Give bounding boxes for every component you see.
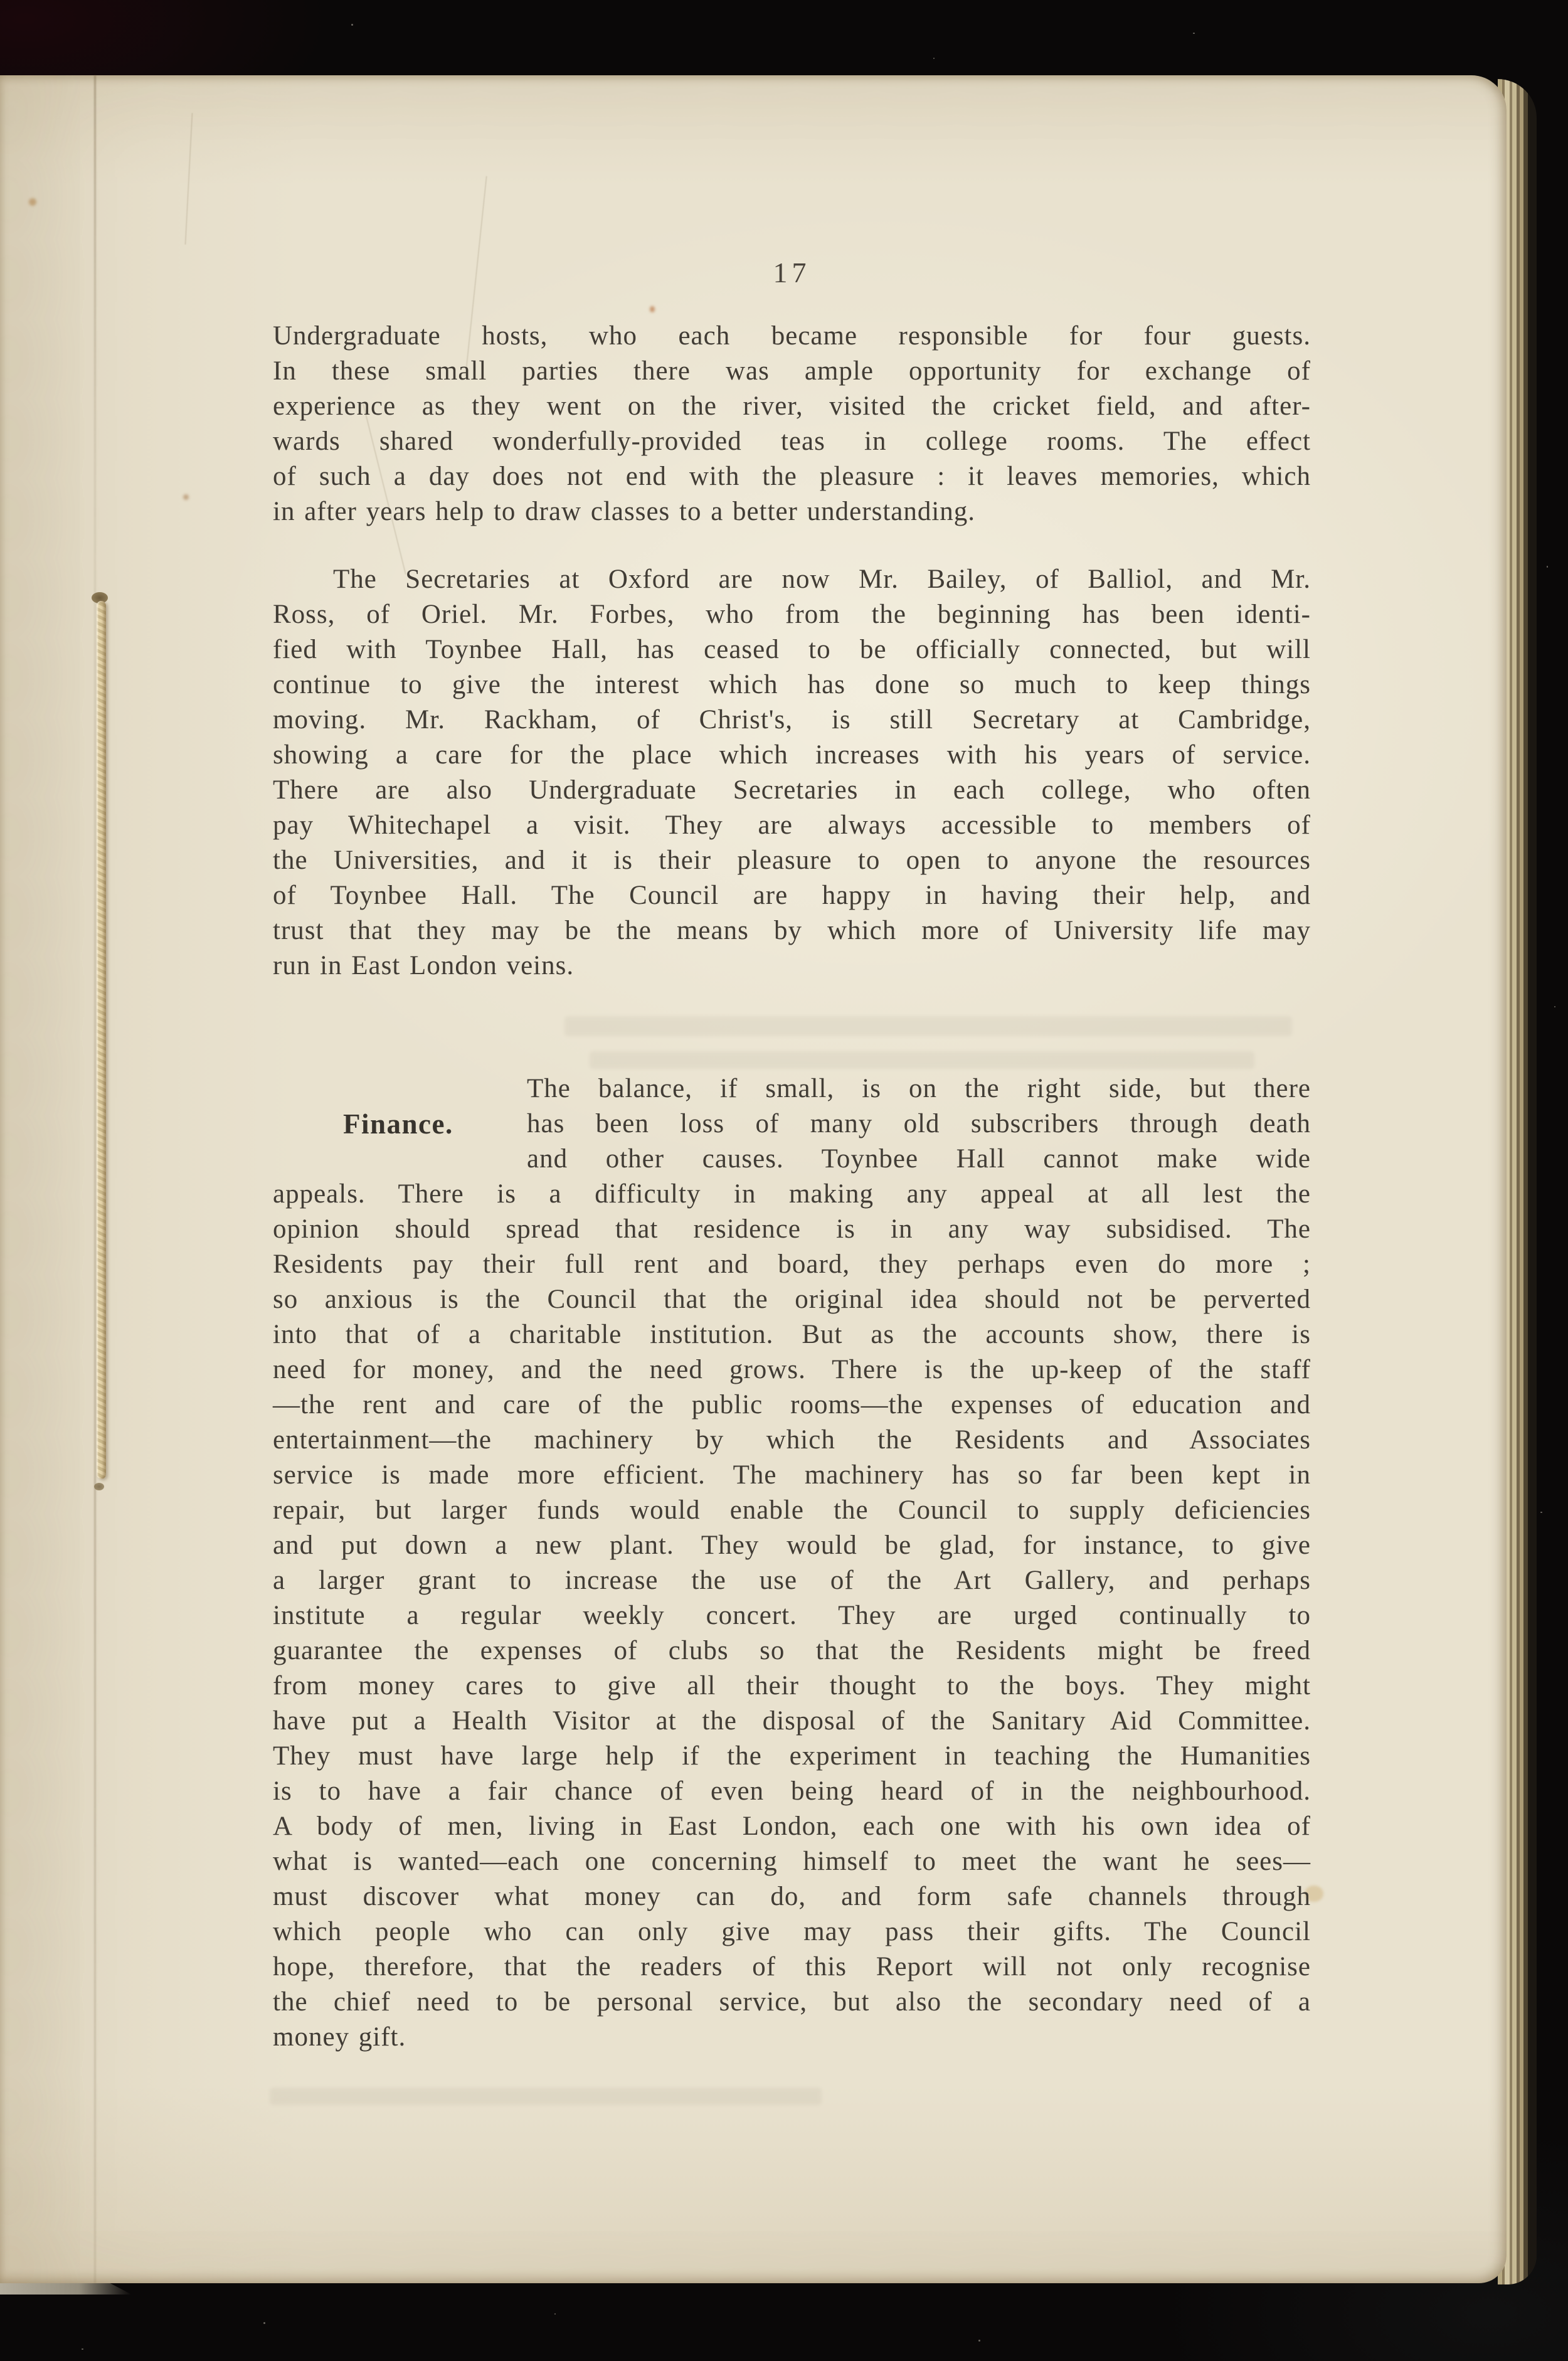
- text-line: appeals. There is a difficulty in making…: [273, 1177, 1311, 1212]
- text-line: trust that they may be the means by whic…: [273, 913, 1311, 948]
- text-line: guarantee the expenses of clubs so that …: [273, 1633, 1311, 1669]
- text-line: The balance, if small, is on the right s…: [527, 1071, 1311, 1106]
- text-line: has been loss of many old subscribers th…: [527, 1106, 1311, 1142]
- text-line: Residents pay their full rent and board,…: [273, 1247, 1311, 1282]
- text-line: into that of a charitable institution. B…: [273, 1317, 1311, 1352]
- text-line: fied with Toynbee Hall, has ceased to be…: [273, 632, 1311, 667]
- dust-speck: [978, 2340, 980, 2342]
- text-line: institute a regular weekly concert. They…: [273, 1598, 1311, 1633]
- text-line: must discover what money can do, and for…: [273, 1879, 1311, 1914]
- text-line: Undergraduate hosts, who each became res…: [273, 319, 1311, 354]
- dust-speck: [1554, 1006, 1555, 1007]
- photo-background: 17 Undergraduate hosts, who each became …: [0, 0, 1568, 2361]
- text-line: —the rent and care of the public rooms—t…: [273, 1387, 1311, 1423]
- dust-speck: [1540, 1512, 1542, 1513]
- text-line: In these small parties there was ample o…: [273, 354, 1311, 389]
- page-number: 17: [273, 256, 1311, 289]
- text-line: have put a Health Visitor at the disposa…: [273, 1704, 1311, 1739]
- paragraph-2: The Secretaries at Oxford are now Mr. Ba…: [273, 562, 1311, 984]
- text-line: hope, therefore, that the readers of thi…: [273, 1950, 1311, 1985]
- dust-speck: [933, 58, 935, 59]
- text-line: continue to give the interest which has …: [273, 667, 1311, 703]
- finance-indented-block: The balance, if small, is on the right s…: [527, 1071, 1311, 1177]
- text-line: is to have a fair chance of even being h…: [273, 1774, 1311, 1809]
- text-line: moving. Mr. Rackham, of Christ's, is sti…: [273, 703, 1311, 738]
- dust-speck: [1193, 33, 1195, 34]
- text-line: pay Whitechapel a visit. They are always…: [273, 808, 1311, 843]
- text-line: which people who can only give may pass …: [273, 1914, 1311, 1950]
- binding-hole-bottom: [94, 1483, 104, 1490]
- finance-margin-note: Finance.: [343, 1106, 453, 1142]
- text-line: service is made more efficient. The mach…: [273, 1458, 1311, 1493]
- dust-speck: [263, 2322, 265, 2324]
- binding-thread: [97, 601, 106, 1479]
- text-line: the chief need to be personal service, b…: [273, 1985, 1311, 2020]
- text-line: experience as they went on the river, vi…: [273, 389, 1311, 424]
- book-page: 17 Undergraduate hosts, who each became …: [0, 75, 1507, 2283]
- gutter-crease-line: [94, 75, 96, 2283]
- text-line: showing a care for the place which incre…: [273, 738, 1311, 773]
- finance-body: appeals. There is a difficulty in making…: [273, 1177, 1311, 2055]
- text-line: opinion should spread that residence is …: [273, 1212, 1311, 1247]
- paper-crease-mark: [185, 113, 193, 245]
- text-line: what is wanted—each one concerning himse…: [273, 1844, 1311, 1879]
- dust-speck: [82, 2348, 83, 2350]
- text-line: of Toynbee Hall. The Council are happy i…: [273, 878, 1311, 913]
- text-line: money gift.: [273, 2020, 1311, 2055]
- text-line: of such a day does not end with the plea…: [273, 459, 1311, 494]
- text-line: A body of men, living in East London, ea…: [273, 1809, 1311, 1844]
- foxing-spot: [183, 494, 189, 500]
- text-line: run in East London veins.: [273, 948, 1311, 984]
- text-line: in after years help to draw classes to a…: [273, 494, 1311, 529]
- dust-speck: [554, 2313, 556, 2315]
- text-line: repair, but larger funds would enable th…: [273, 1493, 1311, 1528]
- text-line: There are also Undergraduate Secretaries…: [273, 773, 1311, 808]
- text-line: They must have large help if the experim…: [273, 1739, 1311, 1774]
- foxing-spot: [29, 198, 36, 206]
- text-line: so anxious is the Council that the origi…: [273, 1282, 1311, 1317]
- paragraph-1: Undergraduate hosts, who each became res…: [273, 319, 1311, 529]
- text-line: the Universities, and it is their pleasu…: [273, 843, 1311, 878]
- text-line: Ross, of Oriel. Mr. Forbes, who from the…: [273, 597, 1311, 632]
- dust-speck: [1547, 566, 1548, 568]
- dust-speck: [351, 24, 353, 26]
- text-line: wards shared wonderfully-provided teas i…: [273, 424, 1311, 459]
- text-line: and put down a new plant. They would be …: [273, 1528, 1311, 1563]
- text-line: a larger grant to increase the use of th…: [273, 1563, 1311, 1598]
- text-line: from money cares to give all their thoug…: [273, 1669, 1311, 1704]
- text-line: and other causes. Toynbee Hall cannot ma…: [527, 1142, 1311, 1177]
- text-line: need for money, and the need grows. Ther…: [273, 1352, 1311, 1387]
- text-line: entertainment—the machinery by which the…: [273, 1423, 1311, 1458]
- text-line: The Secretaries at Oxford are now Mr. Ba…: [273, 562, 1311, 597]
- text-block: 17 Undergraduate hosts, who each became …: [273, 75, 1311, 2283]
